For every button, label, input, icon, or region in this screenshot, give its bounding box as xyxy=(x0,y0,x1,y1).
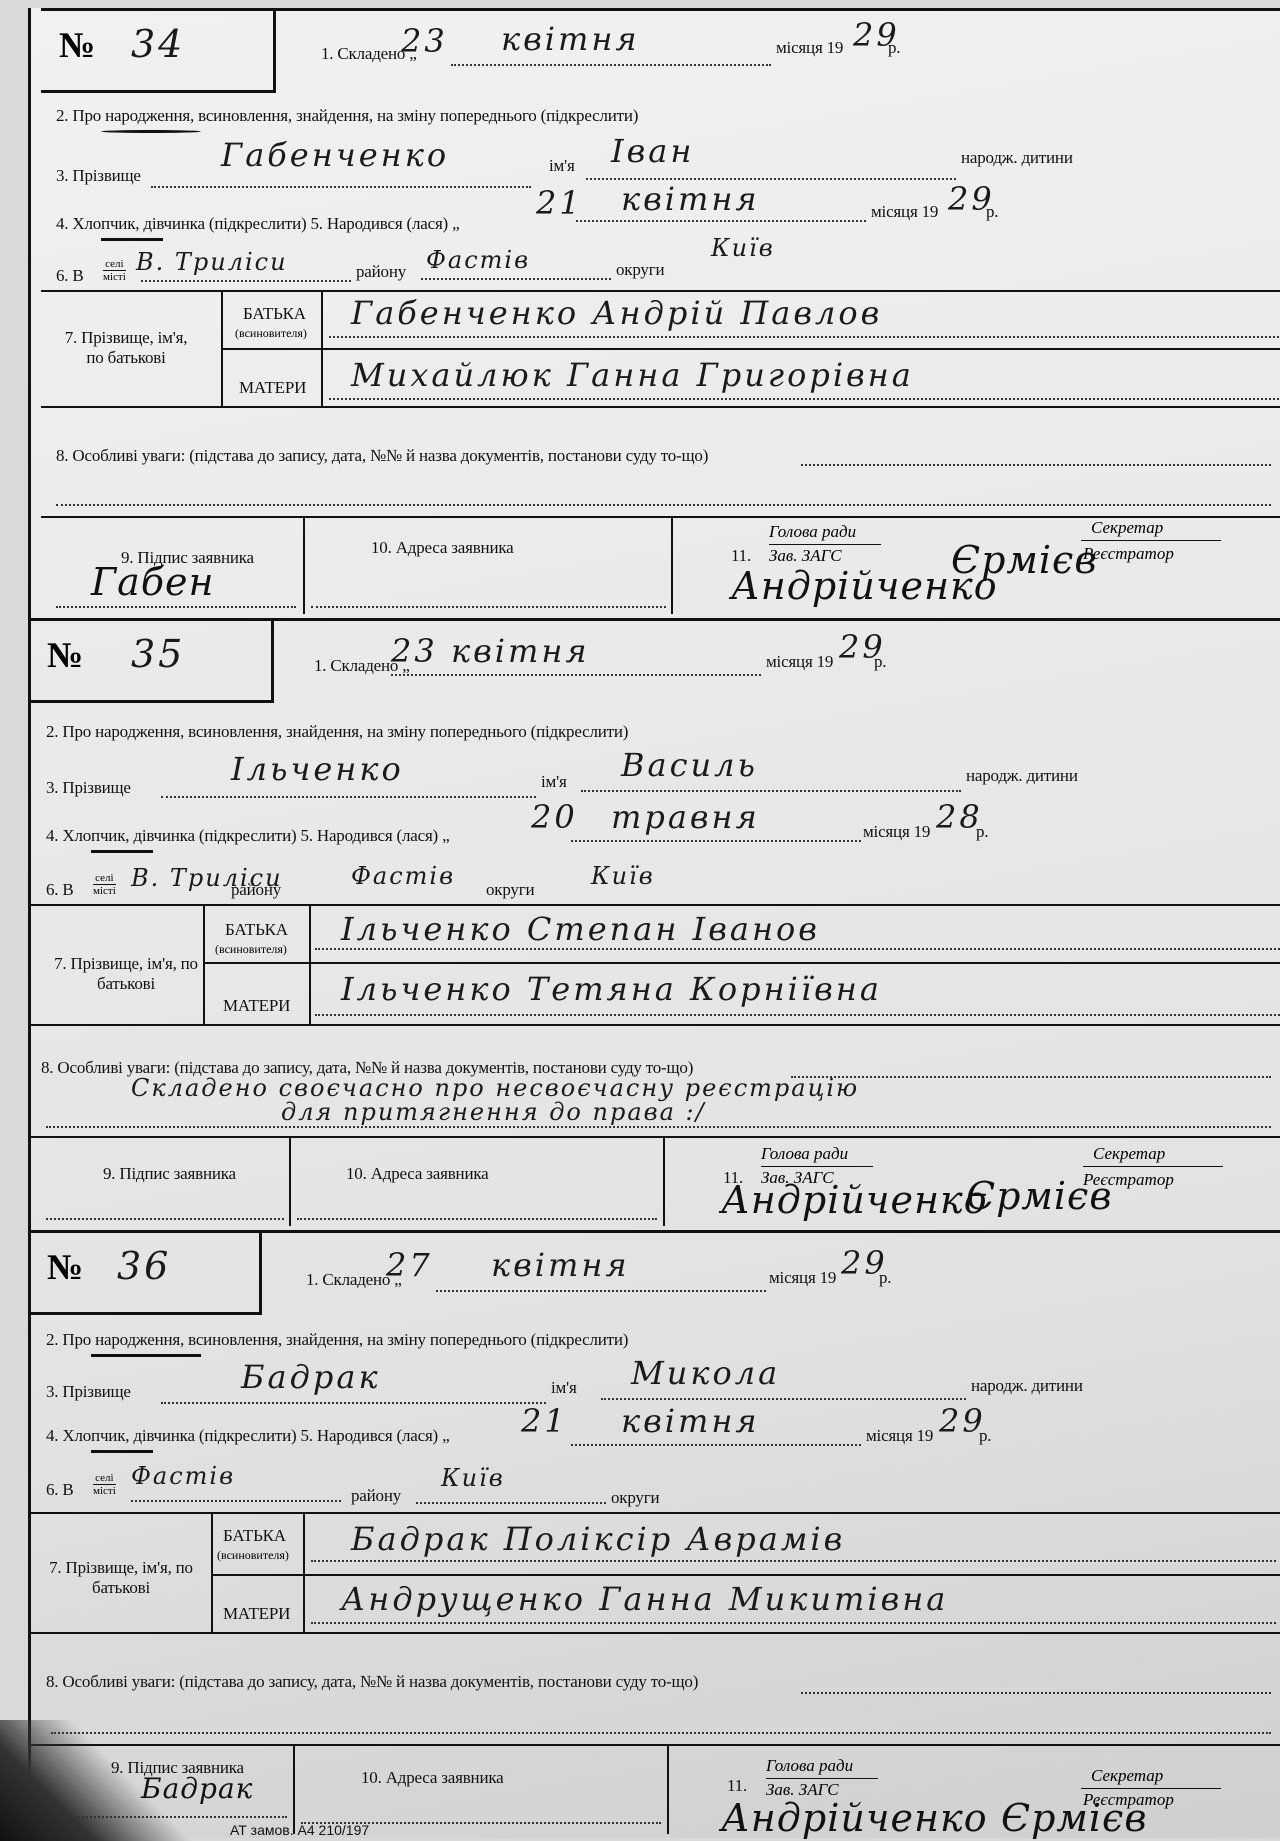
record-number-box: № 36 xyxy=(31,1230,262,1315)
father-label: БАТЬКА xyxy=(243,304,306,324)
surname-label: 3. Прізвище xyxy=(46,1382,131,1402)
birth-month: квітня xyxy=(621,1402,760,1440)
city-label: місті xyxy=(93,885,116,897)
page-corner-shadow xyxy=(0,1720,200,1841)
mother-name: Михайлюк Ганна Григорівна xyxy=(351,356,914,394)
month-of-label: місяця 19 xyxy=(871,202,938,222)
month-of-label: місяця 19 xyxy=(766,652,833,672)
city-label: місті xyxy=(93,1485,116,1497)
child-first-name: Василь xyxy=(621,746,758,784)
district-label: району xyxy=(356,262,406,282)
birth-month: травня xyxy=(611,798,760,836)
mother-label: МАТЕРИ xyxy=(223,1604,290,1624)
compiled-month: квітня xyxy=(491,1246,630,1284)
underline-boy xyxy=(101,238,163,241)
applicant-address-label: 10. Адреса заявника xyxy=(361,1768,504,1788)
year-suffix: р. xyxy=(976,822,988,842)
gender-birth-label: 4. Хлопчик, дівчинка (підкреслити) 5. На… xyxy=(46,826,449,846)
secretary-label: Секретар xyxy=(1091,518,1163,538)
register-page: № 34 1. Складено „ 23 квітня місяця 19 2… xyxy=(28,8,1280,1838)
month-of-label: місяця 19 xyxy=(863,822,930,842)
underline-birth xyxy=(91,1354,201,1357)
registrar-signature: Єрмієв xyxy=(966,1174,1112,1218)
birth-district: Фастів xyxy=(351,862,455,890)
record-type-label: 2. Про народження, всиновлення, знайденн… xyxy=(46,722,628,742)
child-label: народж. дитини xyxy=(961,148,1073,168)
mother-label: МАТЕРИ xyxy=(239,378,306,398)
surname-label: 3. Прізвище xyxy=(46,778,131,798)
underline-boy xyxy=(91,1450,153,1453)
gender-birth-label: 4. Хлопчик, дівчинка (підкреслити) 5. На… xyxy=(56,214,459,234)
applicant-signature-label: 9. Підпис заявника xyxy=(103,1164,236,1184)
compiled-month: квітня xyxy=(501,20,640,58)
number-sign: № xyxy=(47,634,83,676)
district-label: району xyxy=(351,1486,401,1506)
birth-okrug: Київ xyxy=(591,862,655,890)
secretary-label: Секретар xyxy=(1091,1766,1163,1786)
birth-village: Фастів xyxy=(131,1462,235,1490)
birth-okrug: Київ xyxy=(711,234,775,262)
parents-label: 7. Прізвище, ім'я, по батькові xyxy=(46,1558,196,1598)
okrug-label: округи xyxy=(486,880,534,900)
registrar-signature: Єрмієв xyxy=(951,538,1097,582)
head-label: Голова ради xyxy=(766,1756,853,1776)
father-sub-label: (всиновителя) xyxy=(235,326,307,341)
head-label: Голова ради xyxy=(761,1144,848,1164)
mother-name: Андрущенко Ганна Микитівна xyxy=(341,1580,948,1618)
child-surname: Габенченко xyxy=(221,136,449,174)
notes-line-2: для притягнення до права :/ xyxy=(281,1098,706,1126)
okrug-label: округи xyxy=(611,1488,659,1508)
father-label: БАТЬКА xyxy=(223,1526,286,1546)
surname-label: 3. Прізвище xyxy=(56,166,141,186)
child-surname: Бадрак xyxy=(241,1358,381,1396)
village-label: селі xyxy=(103,258,126,271)
parents-label: 7. Прізвище, ім'я, по батькові xyxy=(46,954,206,994)
underline-boy xyxy=(91,850,153,853)
parents-label: 7. Прізвище, ім'я, по батькові xyxy=(56,328,196,368)
record-number: 36 xyxy=(117,1244,171,1288)
year-suffix: р. xyxy=(979,1426,991,1446)
mother-label: МАТЕРИ xyxy=(223,996,290,1016)
father-name: Ільченко Степан Іванов xyxy=(341,910,820,948)
record-34: № 34 1. Складено „ 23 квітня місяця 19 2… xyxy=(31,8,1280,618)
record-type-label: 2. Про народження, всиновлення, знайденн… xyxy=(56,106,638,126)
father-label: БАТЬКА xyxy=(225,920,288,940)
city-label: місті xyxy=(103,271,126,283)
birth-district: Київ xyxy=(441,1464,505,1492)
birth-village: В. Триліси xyxy=(136,248,288,276)
head-signature: Андрійченко xyxy=(721,1178,988,1222)
record-number: 34 xyxy=(131,22,185,66)
father-name: Габенченко Андрій Павлов xyxy=(351,294,882,332)
registrar-signature: Єрмієв xyxy=(1001,1796,1147,1840)
name-label: ім'я xyxy=(549,156,575,176)
gender-birth-label: 4. Хлопчик, дівчинка (підкреслити) 5. На… xyxy=(46,1426,449,1446)
applicant-address-label: 10. Адреса заявника xyxy=(346,1164,489,1184)
compiled-day: 23 xyxy=(401,22,448,60)
underline-birth xyxy=(101,130,201,133)
child-first-name: Микола xyxy=(631,1354,780,1392)
compiled-day: 23 xyxy=(391,632,438,670)
notes-label: 8. Особливі уваги: (підстава до запису, … xyxy=(56,446,708,466)
head-label: Голова ради xyxy=(769,522,856,542)
village-label: селі xyxy=(93,872,116,885)
record-36: № 36 1. Складено „ 27 квітня місяця 19 2… xyxy=(31,1230,1280,1830)
birth-month: квітня xyxy=(621,180,760,218)
birth-district: Фастів xyxy=(426,246,530,274)
child-label: народж. дитини xyxy=(971,1376,1083,1396)
child-first-name: Іван xyxy=(611,132,694,170)
head-signature: Андрійченко xyxy=(721,1796,988,1840)
official-number: 11. xyxy=(731,546,751,566)
place-label: 6. В xyxy=(46,880,74,900)
place-label: 6. В xyxy=(56,266,84,286)
secretary-label: Секретар xyxy=(1093,1144,1165,1164)
district-label: району xyxy=(231,880,281,900)
record-number: 35 xyxy=(131,632,185,676)
applicant-signature: Габен xyxy=(91,560,215,604)
birth-day: 20 xyxy=(531,798,578,836)
name-label: ім'я xyxy=(541,772,567,792)
year-suffix: р. xyxy=(874,652,886,672)
birth-day: 21 xyxy=(521,1402,568,1440)
child-label: народж. дитини xyxy=(966,766,1078,786)
zags-label: Зав. ЗАГС xyxy=(769,546,842,566)
official-number: 11. xyxy=(727,1776,747,1796)
birth-day: 21 xyxy=(536,184,583,222)
father-sub-label: (всиновителя) xyxy=(217,1548,289,1563)
print-footer: АТ замов. А4 210/197 xyxy=(230,1822,369,1838)
father-name: Бадрак Поліксір Аврамів xyxy=(351,1520,845,1558)
record-number-box: № 35 xyxy=(31,618,274,703)
number-sign: № xyxy=(47,1246,83,1288)
year-suffix: р. xyxy=(986,202,998,222)
village-label: селі xyxy=(93,1472,116,1485)
place-label: 6. В xyxy=(46,1480,74,1500)
record-type-label: 2. Про народження, всиновлення, знайденн… xyxy=(46,1330,628,1350)
child-surname: Ільченко xyxy=(231,750,404,788)
notes-label: 8. Особливі уваги: (підстава до запису, … xyxy=(46,1672,698,1692)
number-sign: № xyxy=(59,24,95,66)
mother-name: Ільченко Тетяна Корніївна xyxy=(341,970,882,1008)
year-suffix: р. xyxy=(888,38,900,58)
year-suffix: р. xyxy=(879,1268,891,1288)
record-number-box: № 34 xyxy=(41,8,276,93)
record-35: № 35 1. Складено „ 23 квітня місяця 19 2… xyxy=(31,618,1280,1228)
okrug-label: округи xyxy=(616,260,664,280)
month-of-label: місяця 19 xyxy=(769,1268,836,1288)
father-sub-label: (всиновителя) xyxy=(215,942,287,957)
month-of-label: місяця 19 xyxy=(776,38,843,58)
compiled-month: квітня xyxy=(451,632,590,670)
compiled-day: 27 xyxy=(386,1246,433,1284)
applicant-address-label: 10. Адреса заявника xyxy=(371,538,514,558)
name-label: ім'я xyxy=(551,1378,577,1398)
month-of-label: місяця 19 xyxy=(866,1426,933,1446)
